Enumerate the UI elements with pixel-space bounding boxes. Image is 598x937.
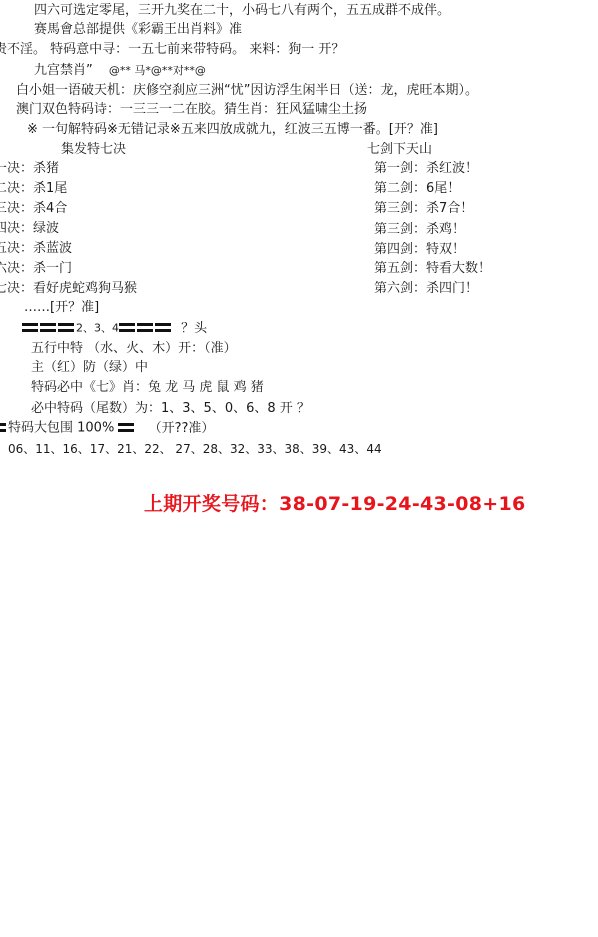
right-column-item: 第三剑：杀鸡！ [374,221,465,239]
heads-numbers: 2、3、4 [76,322,119,335]
right-column-item: 第四剑：特双！ [374,241,465,259]
right-column-item: 第三剑：杀7合！ [374,200,473,218]
bar-icon [0,419,8,437]
left-column-item: 二决：杀1尾 [0,180,67,198]
left-column-item: 七决：看好虎蛇鸡狗马猴 [0,280,137,298]
nine-palace-line: 九宫禁肖” @** 马*@**对**@ [34,62,206,80]
full-cover-label: 特码大包围 100% [8,421,114,436]
right-column-item: 第六剑：杀四门！ [374,280,478,298]
right-column-item: 第二剑：6尾！ [374,180,460,198]
left-column-item: 四决：绿波 [0,220,59,238]
heads-suffix: ？头 [181,321,207,336]
triple-bar-icon [119,319,173,337]
heads-line: 2、3、4 ？头 [22,319,207,338]
nine-palace-code: @** 马*@**对**@ [109,64,206,77]
right-column-item: 第五剑：特看大数！ [374,260,491,278]
full-cover-suffix: （开??准） [149,421,215,436]
left-column-item: 六决：杀一门 [0,260,72,278]
macau-poem-line: 澳门双色特码诗：一三三一二在胶。猜生肖：狂风猛啸尘土扬 [16,101,367,119]
full-cover-line: 特码大包围 100% （开??准） [0,419,214,438]
left-column-title: 集发特七决 [61,141,126,159]
one-sentence-line: ※ 一句解特码※无错记录※五来四放成就九，红波三五博一番。[开？准] [27,121,438,139]
main-guard-line: 主（红）防（绿）中 [31,359,148,377]
last-draw-result: 上期开奖号码：38-07-19-24-43-08+16 [144,489,526,516]
tail-number-line: 必中特码（尾数）为：1、3、5、0、6、8 开 ？ [31,400,310,418]
seven-zodiac-line: 特码必中《七》肖：兔 龙 马 虎 鼠 鸡 猪 [31,379,264,397]
bar-icon [118,419,136,437]
white-lady-line: 白小姐一语破天机：庆修空刹应三洲“忧”因访浮生闲半日（送：龙，虎旺本期）。 [16,82,478,100]
verse-line-1: 四六可选定零尾，三开九奖在二十，小码七八有两个，五五成群不成伴。 [34,2,450,20]
right-column-item: 第一剑：杀红波！ [374,160,478,178]
five-elements-line: 五行中特 （水、火、木）开：（准） [31,340,237,358]
left-column-item: 一决：杀猪 [0,160,59,178]
special-code-line: 贵不淫。 特码意中寻：一五七前来带特码。 来料：狗一 开？ [0,41,344,59]
right-column-title: 七剑下天山 [367,141,432,159]
full-cover-numbers: 06、11、16、17、21、22、 27、28、32、33、38、39、43、… [8,440,382,458]
left-column-item: 三决：杀4合 [0,200,67,218]
left-column-footer: ……[开？准] [24,299,99,317]
left-column-item: 五决：杀蓝波 [0,240,72,258]
nine-palace-label: 九宫禁肖” [34,63,93,78]
source-line: 赛馬會总部提供《彩霸王出肖料》准 [34,21,242,39]
triple-bar-icon [22,319,76,337]
